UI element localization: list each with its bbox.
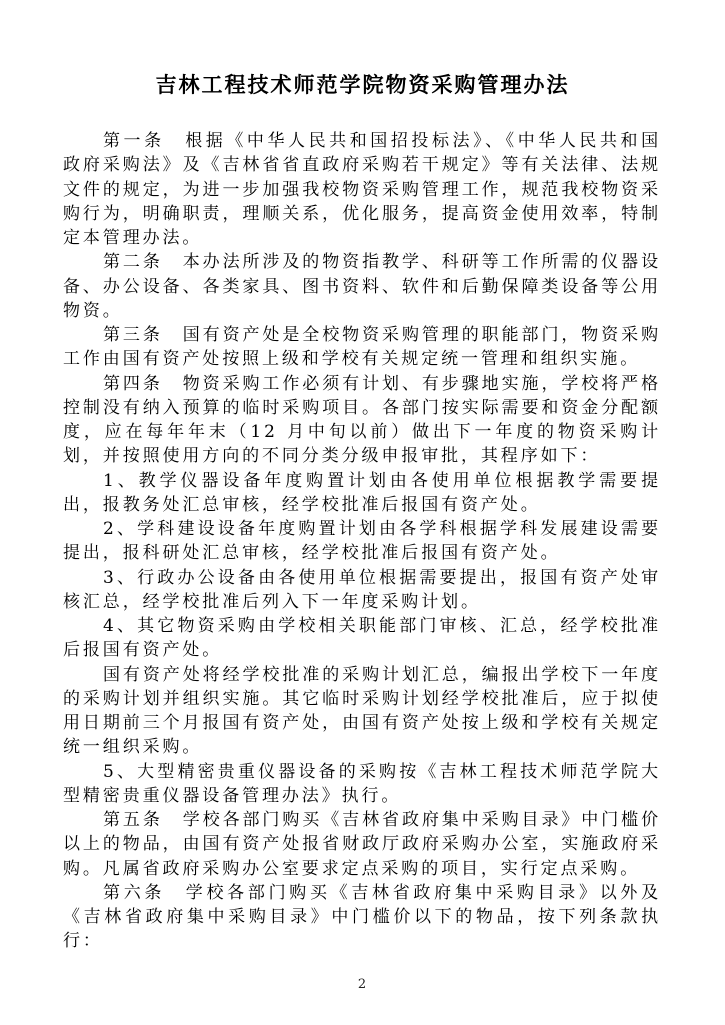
paragraph-article-1: 第一条 根据《中华人民共和国招投标法》、《中华人民共和国政府采购法》及《吉林省省…	[63, 129, 661, 250]
paragraph-item-2: 2、学科建设设备年度购置计划由各学科根据学科发展建设需要提出，报科研处汇总审核，…	[63, 517, 661, 566]
paragraph-plan-summary: 国有资产处将经学校批准的采购计划汇总，编报出学校下一年度的采购计划并组织实施。其…	[63, 663, 661, 760]
paragraph-article-2: 第二条 本办法所涉及的物资指教学、科研等工作所需的仪器设备、办公设备、各类家具、…	[63, 250, 661, 323]
paragraph-article-5: 第五条 学校各部门购买《吉林省政府集中采购目录》中门槛价以上的物品，由国有资产处…	[63, 808, 661, 881]
document-title: 吉林工程技术师范学院物资采购管理办法	[0, 0, 725, 98]
page-footer: 2	[63, 973, 661, 993]
paragraph-item-5: 5、大型精密贵重仪器设备的采购按《吉林工程技术师范学院大型精密贵重仪器设备管理办…	[63, 760, 661, 809]
paragraph-item-3: 3、行政办公设备由各使用单位根据需要提出，报国有资产处审核汇总，经学校批准后列入…	[63, 566, 661, 615]
paragraph-article-3: 第三条 国有资产处是全校物资采购管理的职能部门，物资采购工作由国有资产处按照上级…	[63, 323, 661, 372]
paragraph-item-1: 1、教学仪器设备年度购置计划由各使用单位根据教学需要提出，报教务处汇总审核，经学…	[63, 469, 661, 518]
document-page: 吉林工程技术师范学院物资采购管理办法 第一条 根据《中华人民共和国招投标法》、《…	[0, 0, 725, 1025]
paragraph-article-4: 第四条 物资采购工作必须有计划、有步骤地实施，学校将严格控制没有纳入预算的临时采…	[63, 372, 661, 469]
document-body: 第一条 根据《中华人民共和国招投标法》、《中华人民共和国政府采购法》及《吉林省省…	[63, 129, 661, 954]
page-number: 2	[358, 977, 366, 992]
paragraph-article-6: 第六条 学校各部门购买《吉林省政府集中采购目录》以外及《吉林省政府集中采购目录》…	[63, 881, 661, 954]
paragraph-item-4: 4、其它物资采购由学校相关职能部门审核、汇总，经学校批准后报国有资产处。	[63, 614, 661, 663]
